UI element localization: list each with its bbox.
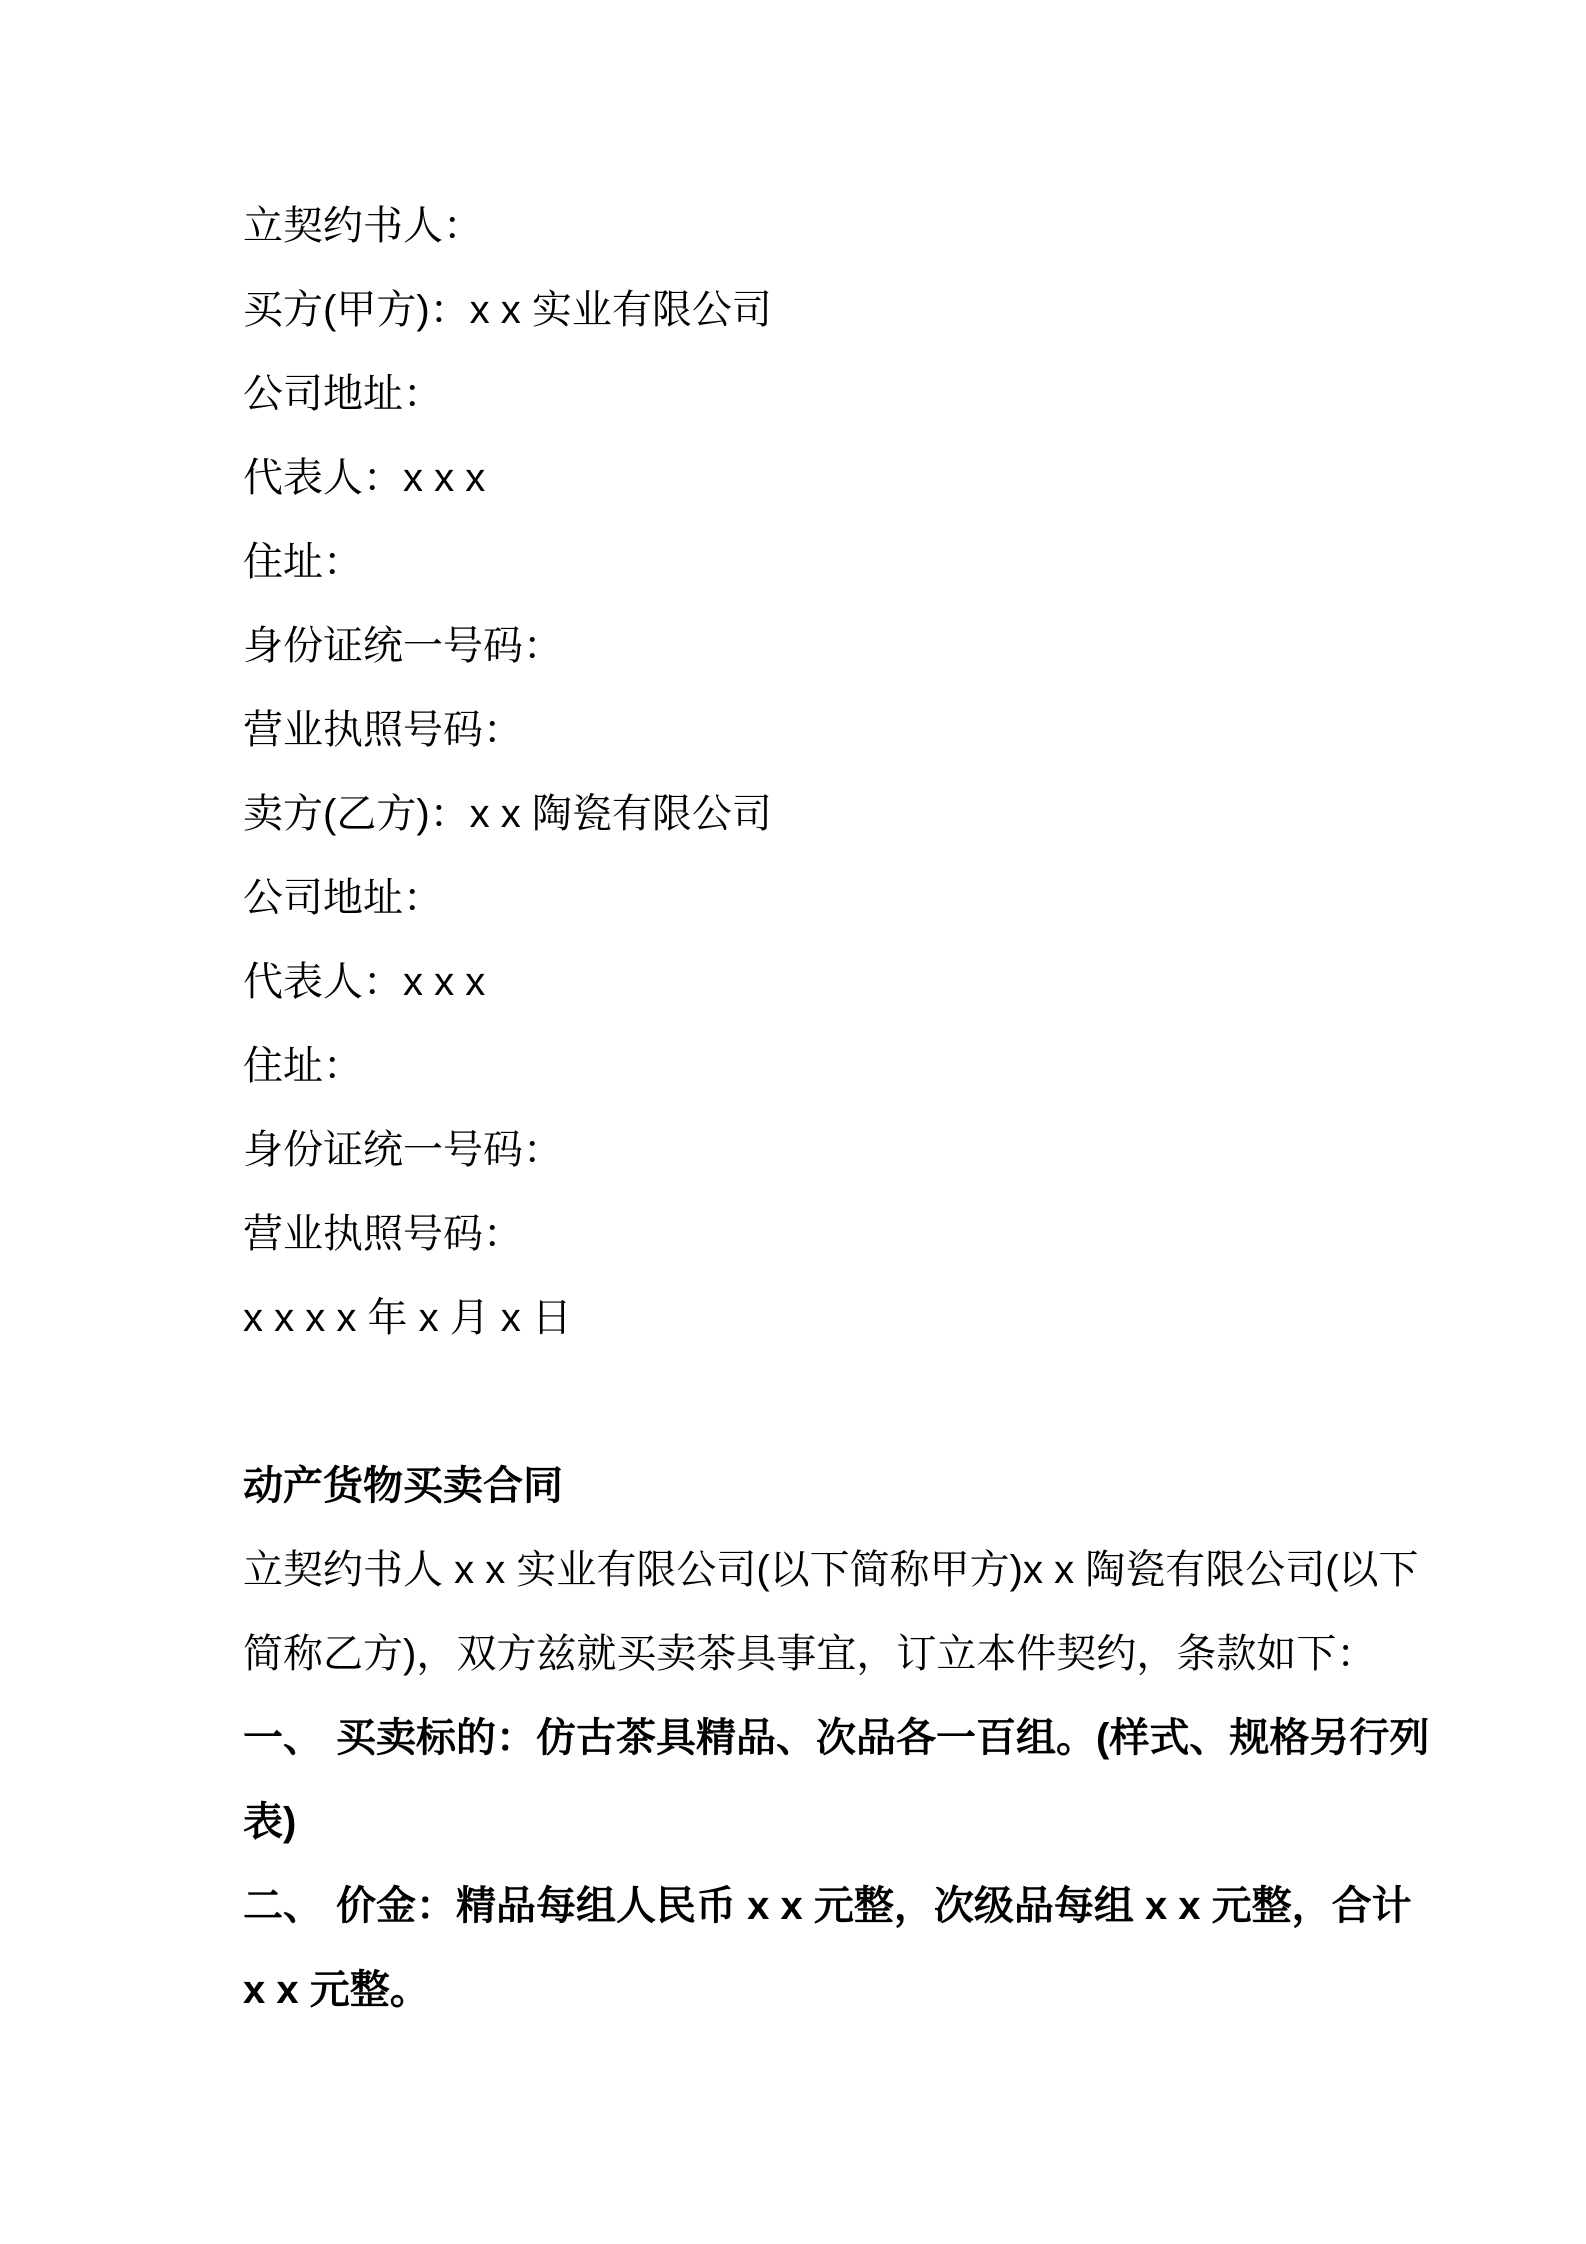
- document-title: 动产货物买卖合同: [243, 1444, 1493, 1528]
- party-line-representative-1: 代表人：x x x: [243, 436, 1493, 520]
- party-line-seller: 卖方(乙方)：x x 陶瓷有限公司: [243, 772, 1493, 856]
- intro-line-1: 立契约书人 x x 实业有限公司(以下简称甲方)x x 陶瓷有限公司(以下: [243, 1528, 1493, 1612]
- item-2-line-1: 二、价金：精品每组人民币 x x 元整，次级品每组 x x 元整，合计: [243, 1864, 1493, 1948]
- party-line-residence-1: 住址：: [243, 520, 1493, 604]
- party-line-buyer: 买方(甲方)：x x 实业有限公司: [243, 268, 1493, 352]
- item-1-text-1: 买卖标的：仿古茶具精品、次品各一百组。(样式、规格另行列: [336, 1716, 1429, 1760]
- item-2-text-1: 价金：精品每组人民币 x x 元整，次级品每组 x x 元整，合计: [336, 1884, 1412, 1928]
- party-line-contractors: 立契约书人：: [243, 184, 1493, 268]
- party-line-business-license-2: 营业执照号码：: [243, 1192, 1493, 1276]
- item-1-line-2: 表): [243, 1780, 1493, 1864]
- party-line-company-address-1: 公司地址：: [243, 352, 1493, 436]
- party-line-id-number-2: 身份证统一号码：: [243, 1108, 1493, 1192]
- party-line-company-address-2: 公司地址：: [243, 856, 1493, 940]
- contract-document-page: 立契约书人： 买方(甲方)：x x 实业有限公司 公司地址： 代表人：x x x…: [0, 0, 1586, 2244]
- spacer-line: [243, 1360, 1493, 1444]
- item-2-line-2: x x 元整。: [243, 1948, 1493, 2032]
- item-2-text-2: x x 元整。: [243, 1968, 430, 2012]
- intro-line-2: 简称乙方)，双方兹就买卖茶具事宜，订立本件契约，条款如下：: [243, 1612, 1493, 1696]
- date-line: x x x x 年 x 月 x 日: [243, 1276, 1493, 1360]
- party-line-business-license-1: 营业执照号码：: [243, 688, 1493, 772]
- document-body: 立契约书人： 买方(甲方)：x x 实业有限公司 公司地址： 代表人：x x x…: [243, 184, 1493, 2032]
- item-1-number: 一、: [243, 1696, 336, 1780]
- item-1-text-2: 表): [243, 1800, 296, 1844]
- party-line-representative-2: 代表人：x x x: [243, 940, 1493, 1024]
- party-line-residence-2: 住址：: [243, 1024, 1493, 1108]
- item-2-number: 二、: [243, 1864, 336, 1948]
- party-line-id-number-1: 身份证统一号码：: [243, 604, 1493, 688]
- item-1-line-1: 一、买卖标的：仿古茶具精品、次品各一百组。(样式、规格另行列: [243, 1696, 1493, 1780]
